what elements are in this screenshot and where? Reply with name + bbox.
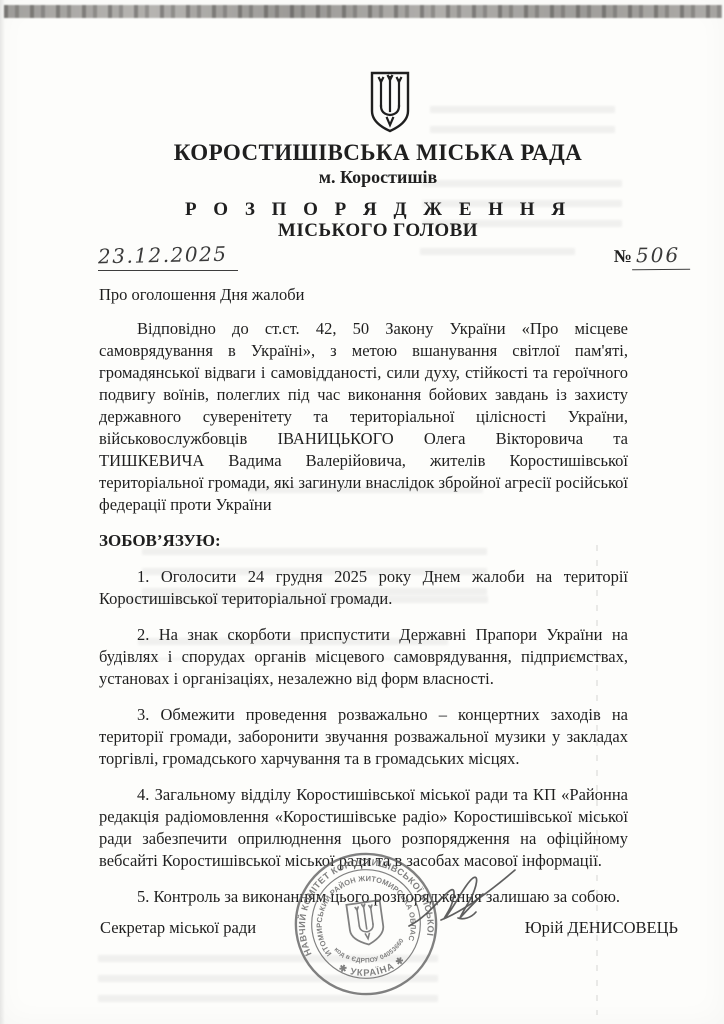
- order-item-1: 1. Оголосити 24 грудня 2025 року Днем жа…: [99, 566, 628, 610]
- bleed-through-artifact: [430, 106, 615, 140]
- document-type-line1: Р О З П О Р Я Д Ж Е Н Н Я: [60, 199, 696, 220]
- organization-location: м. Коростишів: [60, 167, 696, 188]
- bleed-through-artifact: [420, 248, 575, 264]
- number-sign: №: [614, 246, 632, 266]
- obligation-heading: ЗОБОВ’ЯЗУЮ:: [99, 530, 628, 552]
- date-field: 23.12.2025: [98, 243, 238, 271]
- organization-name: КОРОСТИШІВСЬКА МІСЬКА РАДА: [60, 140, 696, 166]
- document-header: КОРОСТИШІВСЬКА МІСЬКА РАДА м. Коростишів: [60, 140, 696, 188]
- preamble-paragraph: Відповідно до ст.ст. 42, 50 Закону Украї…: [99, 318, 628, 516]
- signer-role: Секретар міської ради: [100, 918, 256, 938]
- ukraine-tryzub-emblem-icon: [368, 71, 412, 135]
- handwritten-number: 506: [632, 243, 690, 271]
- signer-name: Юрій ДЕНИСОВЕЦЬ: [525, 918, 678, 938]
- scanned-document-page: КОРОСТИШІВСЬКА МІСЬКА РАДА м. Коростишів…: [0, 0, 724, 1024]
- order-item-2: 2. На знак скорботи приспустити Державні…: [99, 624, 628, 690]
- scan-edge-band: [4, 5, 722, 18]
- document-type-heading: Р О З П О Р Я Д Ж Е Н Н Я МІСЬКОГО ГОЛОВ…: [60, 199, 696, 241]
- stamp-tryzub-icon: [346, 900, 385, 947]
- page-edge-shadow: [0, 0, 5, 1024]
- document-number-field: №506: [614, 243, 690, 270]
- handwritten-signature: [403, 860, 523, 942]
- order-item-3: 3. Обмежити проведення розважально – кон…: [99, 704, 628, 770]
- document-type-line2: МІСЬКОГО ГОЛОВИ: [60, 220, 696, 241]
- document-subject: Про оголошення Дня жалоби: [99, 285, 304, 305]
- document-body: Відповідно до ст.ст. 42, 50 Закону Украї…: [99, 318, 628, 908]
- handwritten-date: 23.12.2025: [98, 242, 228, 269]
